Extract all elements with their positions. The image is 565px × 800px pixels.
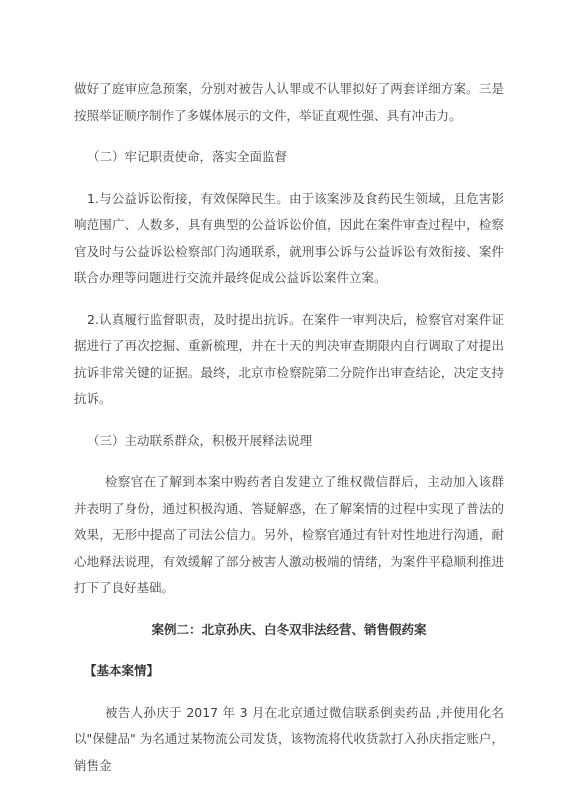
paragraph-basic-facts: 被告人孙庆于 2017 年 3 月在北京通过微信联系倒卖药品 ,并使用化名以"保…	[74, 700, 504, 780]
case-title: 案例二：北京孙庆、白冬双非法经营、销售假药案	[74, 617, 504, 644]
section-heading-3: （三）主动联系群众，积极开展释法说理	[74, 428, 504, 455]
paragraph-outreach: 检察官在了解到本案中购药者自发建立了维权微信群后，主动加入该群并表明了身份，通过…	[74, 469, 504, 602]
section-label-basic-facts: 【基本案情】	[74, 658, 504, 685]
section-heading-2: （二）牢记职责使命，落实全面监督	[74, 144, 504, 171]
paragraph-continuation: 做好了庭审应急预案，分别对被告人认罪或不认罪拟好了两套详细方案。三是按照举证顺序…	[74, 76, 504, 129]
paragraph-numbered-1: 1.与公益诉讼衔接，有效保障民生。由于该案涉及食药民生领域，且危害影响范围广、人…	[74, 186, 504, 292]
document-page: 做好了庭审应急预案，分别对被告人认罪或不认罪拟好了两套详细方案。三是按照举证顺序…	[0, 0, 565, 800]
paragraph-numbered-2: 2.认真履行监督职责，及时提出抗诉。在案件一审判决后，检察官对案件证据进行了再次…	[74, 307, 504, 413]
